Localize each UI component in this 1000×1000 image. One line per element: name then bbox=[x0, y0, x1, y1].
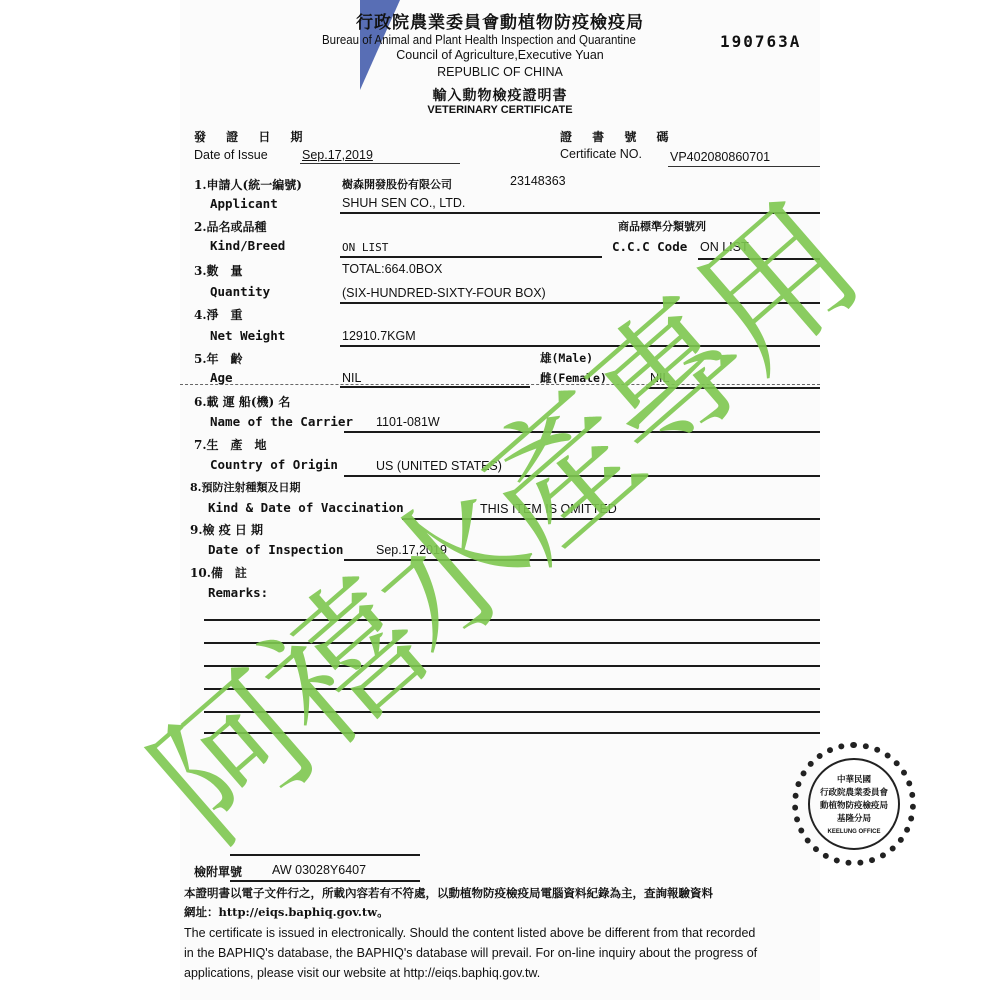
applicant-label: Applicant bbox=[210, 196, 278, 211]
male-label: 雄(Male) bbox=[540, 350, 593, 366]
doc-title-en: VETERINARY CERTIFICATE bbox=[180, 104, 820, 116]
remarks-label: Remarks: bbox=[208, 585, 268, 600]
carrier-label: Name of the Carrier bbox=[210, 414, 353, 429]
origin-value: US (UNITED STATES) bbox=[376, 459, 502, 473]
remarks-line bbox=[204, 711, 820, 713]
note-en-line3: applications, please visit our website a… bbox=[184, 966, 540, 980]
seal-line: 中華民國 bbox=[810, 774, 898, 787]
remarks-line bbox=[204, 665, 820, 667]
female-label: 雌(Female) bbox=[540, 370, 607, 386]
remarks-line bbox=[204, 619, 820, 621]
seal-line: 基隆分局 bbox=[810, 813, 898, 826]
inspection-label-cn: 9.檢 疫 日 期 bbox=[190, 521, 263, 538]
reference-label-cn: 檢附單號 bbox=[194, 863, 242, 880]
carrier-label-cn: 6.載 運 船(機) 名 bbox=[194, 393, 290, 410]
applicant-name-cn: 樹森開發股份有限公司 bbox=[342, 176, 452, 192]
country-name: REPUBLIC OF CHINA bbox=[180, 65, 820, 79]
inspection-value: Sep.17,2019 bbox=[376, 543, 447, 557]
age-value: NIL bbox=[342, 371, 361, 385]
note-cn-line2: 網址：http://eiqs.baphiq.gov.tw。 bbox=[184, 904, 389, 920]
vaccination-value: THIS ITEM IS OMITTED bbox=[480, 502, 617, 516]
divider bbox=[340, 256, 602, 258]
vaccination-label: Kind & Date of Vaccination bbox=[208, 500, 404, 515]
remarks-line bbox=[204, 688, 820, 690]
cert-no-label-cn: 證 書 號 碼 bbox=[560, 128, 677, 145]
official-seal: 中華民國 行政院農業委員會 動植物防疫檢疫局 基隆分局 KEELUNG OFFI… bbox=[792, 742, 916, 866]
divider bbox=[344, 475, 820, 477]
divider bbox=[344, 431, 820, 433]
council-name: Council of Agriculture,Executive Yuan bbox=[180, 48, 820, 62]
cert-no-value: VP402080860701 bbox=[670, 150, 770, 164]
divider bbox=[340, 386, 530, 388]
kind-label-cn: 2.品名或品種 bbox=[194, 218, 267, 235]
divider bbox=[340, 302, 820, 304]
dotted-divider bbox=[180, 384, 820, 385]
inspection-label: Date of Inspection bbox=[208, 542, 343, 557]
agency-title-cn: 行政院農業委員會動植物防疫檢疫局 bbox=[180, 8, 820, 33]
origin-label-cn: 7.生 產 地 bbox=[194, 436, 267, 453]
quantity-label: Quantity bbox=[210, 284, 270, 299]
issue-date-label-cn: 發 證 日 期 bbox=[194, 128, 311, 145]
divider bbox=[646, 387, 820, 389]
note-cn-line1: 本證明書以電子文件行之，所載內容若有不符處，以動植物防疫檢疫局電腦資料紀錄為主，… bbox=[184, 885, 713, 901]
kind-label: Kind/Breed bbox=[210, 238, 285, 253]
age-label: Age bbox=[210, 370, 233, 385]
remarks-line bbox=[204, 732, 820, 734]
weight-label-cn: 4.淨 重 bbox=[194, 306, 243, 323]
reference-value: AW 03028Y6407 bbox=[272, 863, 366, 877]
note-en-line1: The certificate is issued in electronica… bbox=[184, 926, 755, 940]
issue-date-value: Sep.17,2019 bbox=[302, 148, 373, 162]
sex-value: NIL bbox=[650, 371, 669, 385]
vaccination-label-cn: 8.預防注射種類及日期 bbox=[190, 479, 300, 495]
divider bbox=[402, 518, 820, 520]
remarks-line bbox=[204, 642, 820, 644]
quantity-value: TOTAL:664.0BOX bbox=[342, 262, 442, 276]
kind-value: ON LIST bbox=[342, 241, 388, 254]
ccc-value: ON LIST bbox=[700, 240, 749, 254]
seal-line: 動植物防疫檢疫局 bbox=[810, 800, 898, 813]
seal-line: 行政院農業委員會 bbox=[810, 787, 898, 800]
applicant-label-cn: 1.申請人(統一編號) bbox=[194, 176, 302, 193]
seal-ring-text: KEELUNG OFFICE bbox=[810, 826, 898, 839]
divider bbox=[340, 212, 820, 214]
ccc-label: C.C.C Code bbox=[612, 239, 687, 254]
remarks-label-cn: 10.備 註 bbox=[190, 564, 247, 581]
certificate-page: 行政院農業委員會動植物防疫檢疫局 Bureau of Animal and Pl… bbox=[180, 0, 820, 1000]
divider bbox=[698, 258, 820, 260]
background-margin bbox=[0, 0, 180, 1000]
carrier-value: 1101-081W bbox=[376, 415, 440, 429]
quantity-label-cn: 3.數 量 bbox=[194, 262, 243, 279]
divider bbox=[300, 163, 460, 164]
weight-label: Net Weight bbox=[210, 328, 285, 343]
cert-no-label: Certificate NO. bbox=[560, 147, 642, 161]
divider bbox=[230, 854, 420, 856]
note-en-line2: in the BAPHIQ's database, the BAPHIQ's d… bbox=[184, 946, 757, 960]
ccc-label-cn: 商品標準分類號列 bbox=[618, 218, 706, 234]
weight-value: 12910.7KGM bbox=[342, 329, 416, 343]
age-label-cn: 5.年 齡 bbox=[194, 350, 243, 367]
applicant-name: SHUH SEN CO., LTD. bbox=[342, 196, 465, 210]
divider bbox=[230, 880, 420, 882]
origin-label: Country of Origin bbox=[210, 457, 338, 472]
agency-title-en: Bureau of Animal and Plant Health Inspec… bbox=[322, 33, 636, 47]
divider bbox=[340, 345, 820, 347]
divider bbox=[344, 559, 820, 561]
divider bbox=[668, 166, 820, 167]
seal-text: 中華民國 行政院農業委員會 動植物防疫檢疫局 基隆分局 KEELUNG OFFI… bbox=[808, 758, 900, 850]
quantity-words: (SIX-HUNDRED-SIXTY-FOUR BOX) bbox=[342, 286, 546, 300]
doc-title-cn: 輸入動物檢疫證明書 bbox=[180, 85, 820, 105]
applicant-id: 23148363 bbox=[510, 174, 566, 188]
issue-date-label: Date of Issue bbox=[194, 148, 268, 162]
